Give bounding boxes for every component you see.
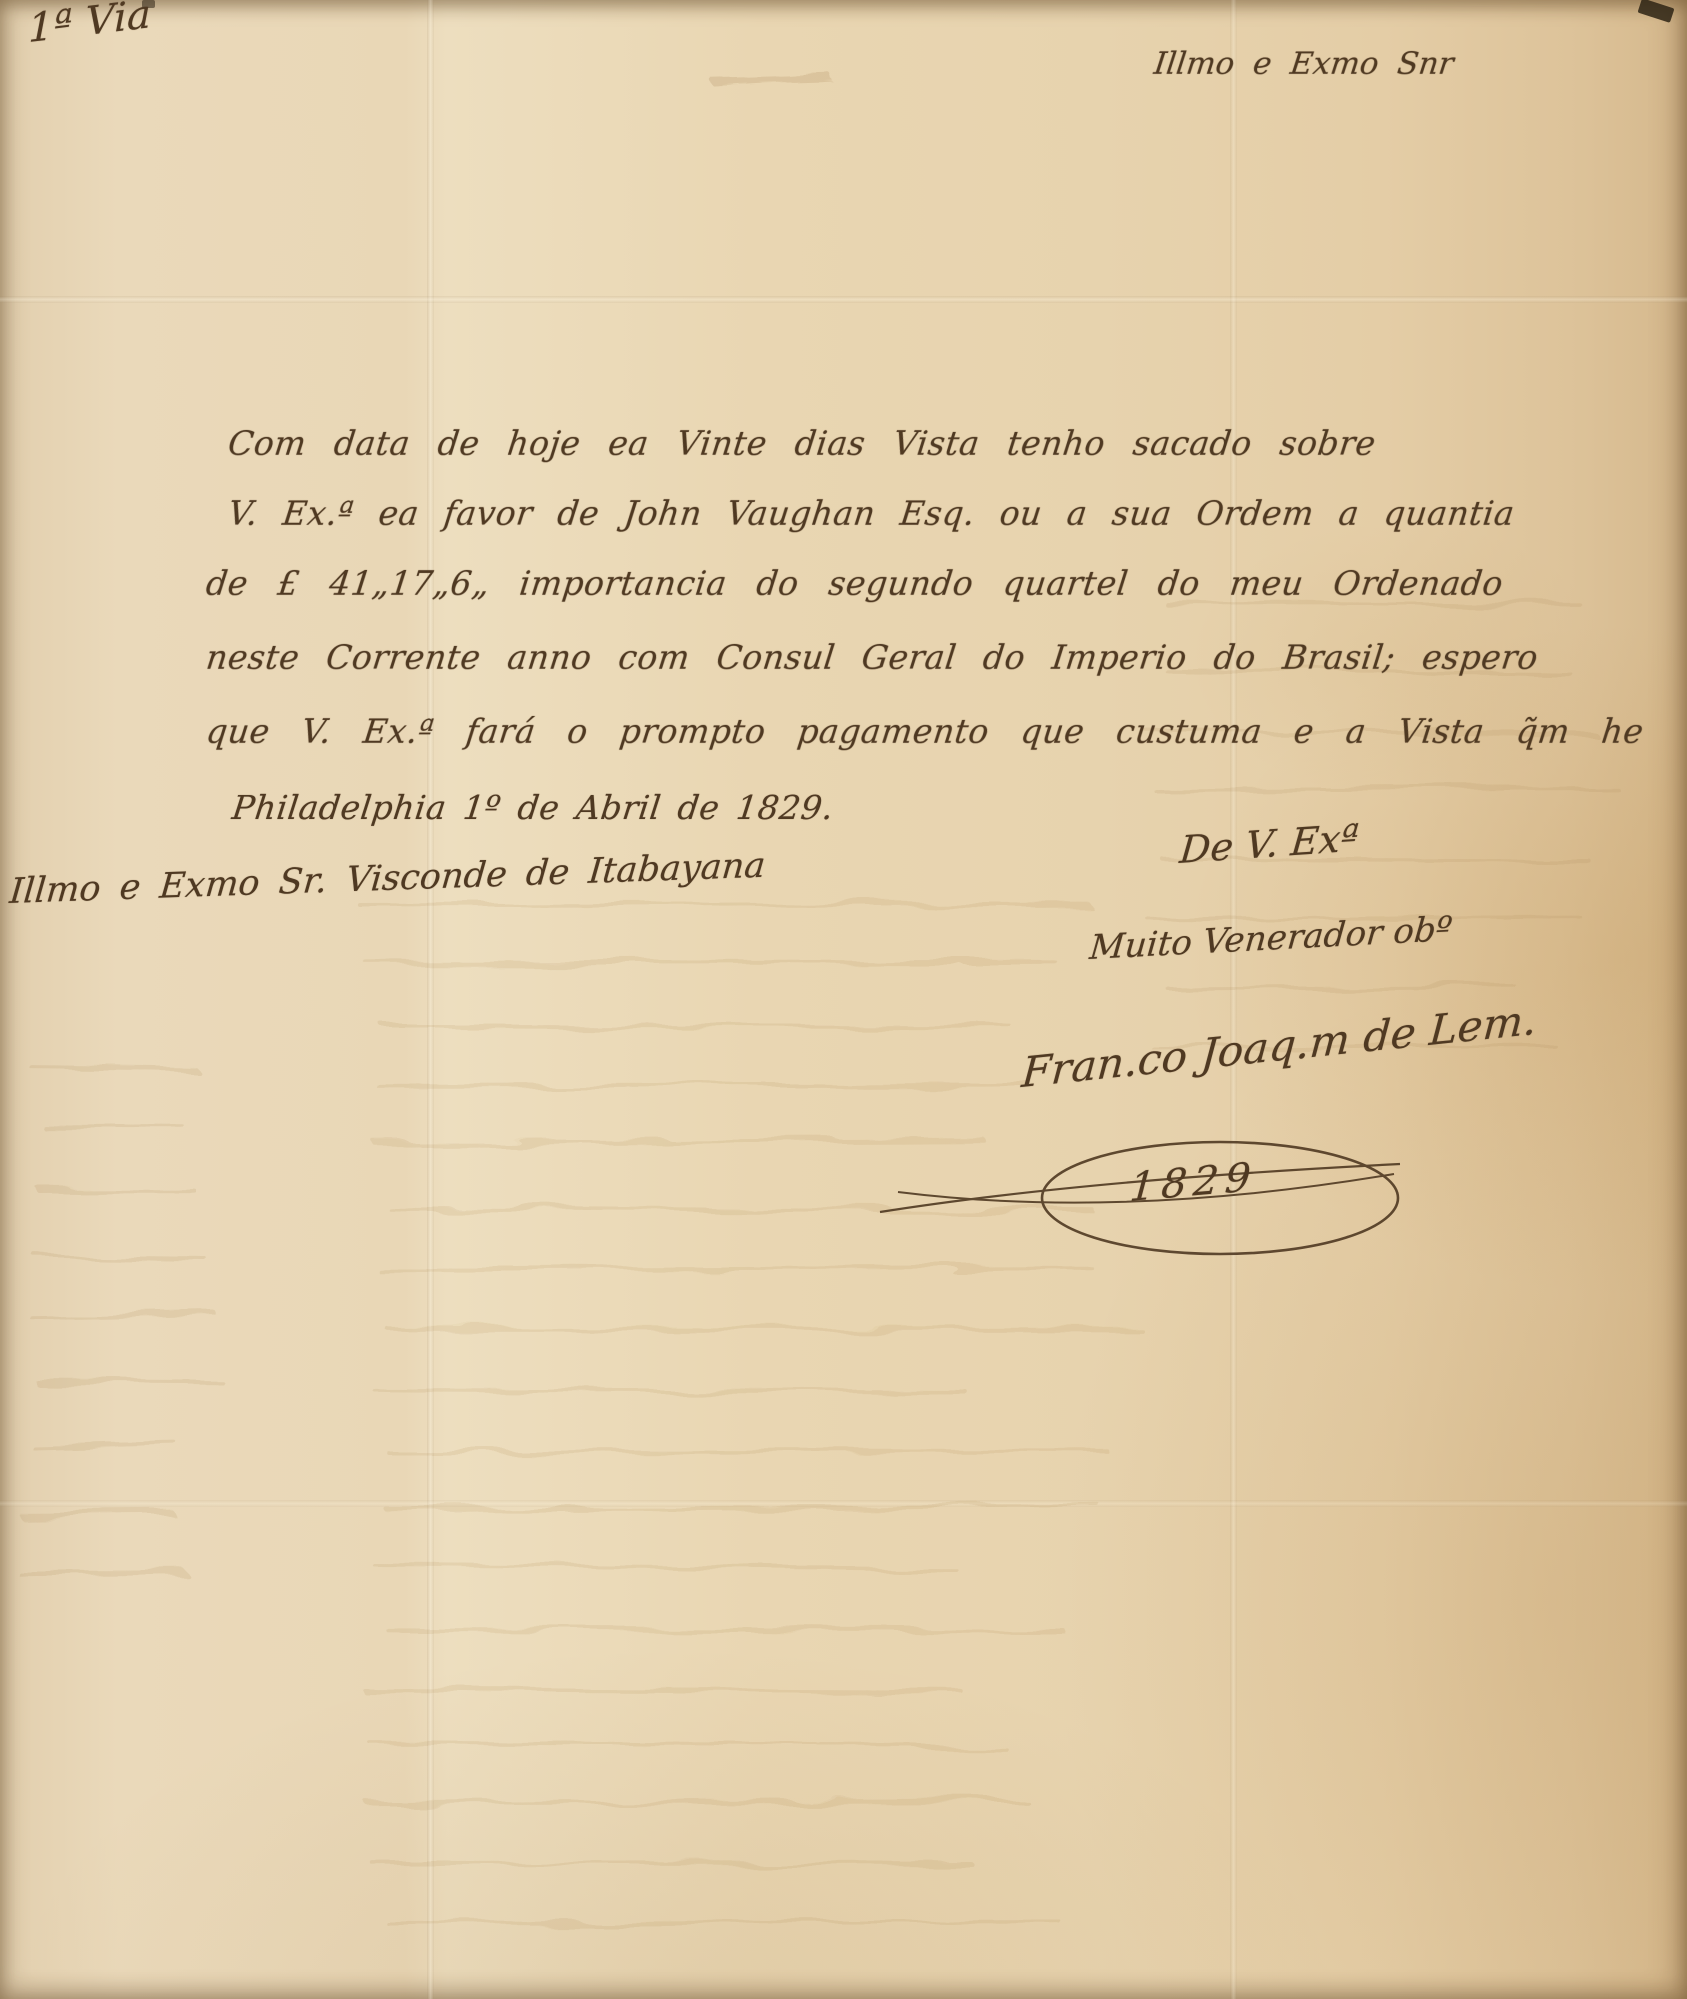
address-line: Illmo e Exmo Sr. Visconde de Itabayana xyxy=(8,846,767,912)
body-line: Com data de hoje ea Vinte dias Vista ten… xyxy=(226,424,1378,463)
body-line: que V. Ex.ª fará o prompto pagamento que… xyxy=(204,712,1646,751)
horizontal-crease-upper xyxy=(0,296,1687,303)
body-line: de £ 41„17„6„ importancia do segundo qua… xyxy=(204,564,1505,603)
signature: Fran.co Joaq.m de Lem. xyxy=(1020,995,1538,1097)
manuscript-page: 1ª Via Illmo e Exmo Snr Com data de hoje… xyxy=(0,0,1687,1999)
body-line: neste Corrente anno com Consul Geral do … xyxy=(204,638,1540,677)
horizontal-crease-lower xyxy=(0,1500,1687,1507)
dateline: Philadelphia 1º de Abril de 1829. xyxy=(230,788,836,827)
corner-tear-mark xyxy=(1638,0,1675,23)
year-flourish-text: 1829 xyxy=(1128,1154,1258,1211)
closing-intro: De V. Exª xyxy=(1178,816,1361,872)
copy-mark: 1ª Via xyxy=(28,0,151,52)
body-line: V. Ex.ª ea favor de John Vaughan Esq. ou… xyxy=(226,494,1517,533)
closing-compliment: Muito Venerador obº xyxy=(1088,909,1454,968)
salutation: Illmo e Exmo Snr xyxy=(1152,46,1456,82)
